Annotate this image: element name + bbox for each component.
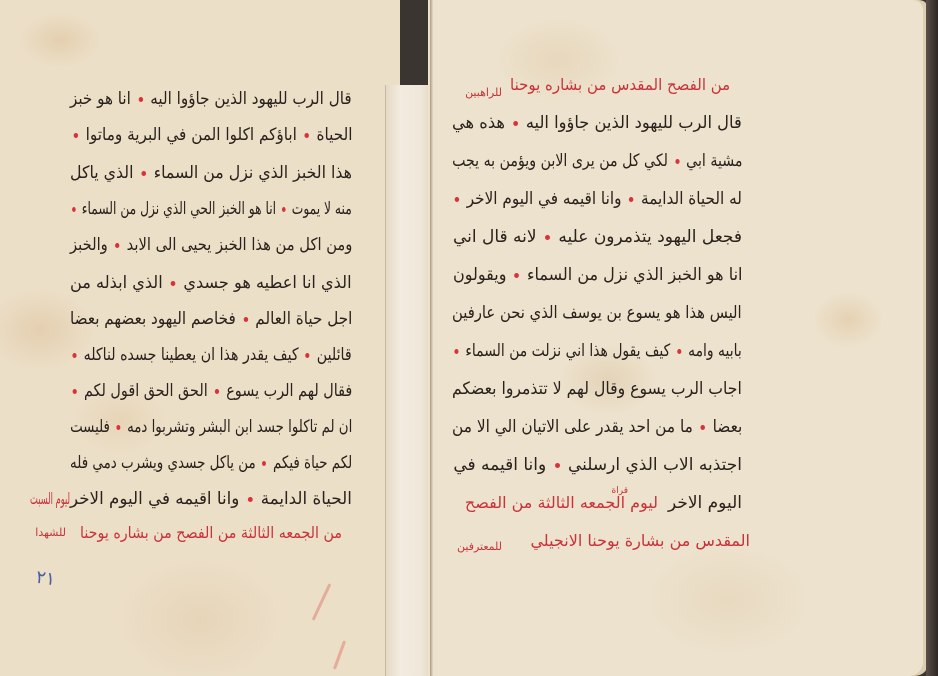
text-line: له الحياة الدايمة وانا اقيمه في اليوم ال…: [452, 188, 742, 210]
text-line: قال الرب لليهود الذين جاؤوا اليه انا هو …: [70, 88, 352, 110]
right-text-block: قال الرب لليهود الذين جاؤوا اليه هذه هي …: [452, 112, 742, 512]
verse-dot: [675, 159, 679, 164]
verse-dot: [545, 235, 550, 240]
left-text-block: قال الرب لليهود الذين جاؤوا اليه انا هو …: [70, 88, 352, 568]
rubric-margin-note: للشهدا: [35, 522, 66, 544]
text-line: الذي انا اعطيه هو جسدي الذي ابذله من: [70, 272, 352, 294]
text-line: قائلين كيف يقدر هذا ان يعطينا جسده لناكل…: [70, 344, 352, 366]
text-line: الحياة الدايمة وانا اقيمه في اليوم الاخر: [70, 488, 352, 510]
gutter-repair-strip: [385, 85, 434, 676]
gutter-fold: [430, 0, 433, 676]
verse-dot: [73, 353, 77, 358]
rubric-superscript: قراة: [612, 480, 628, 502]
verse-dot: [115, 243, 119, 248]
verse-dot: [116, 425, 120, 430]
right-inline-rubric-note: قراة: [598, 480, 628, 494]
verse-dot: [455, 197, 459, 202]
right-heading-margin: للراهبين: [438, 82, 502, 102]
verse-dot: [73, 133, 77, 138]
verse-dot: [513, 121, 518, 126]
right-rubric-margin: للمعترفين: [448, 536, 502, 554]
verse-dot: [248, 497, 253, 502]
rubric-margin-note: للراهبين: [465, 82, 502, 104]
text-line: مشية ابي لكي كل من يرى الابن ويؤمن به يج…: [452, 150, 742, 172]
left-inline-rubric: ليوم السبت: [30, 488, 70, 512]
folio-number: ٢١: [35, 567, 57, 590]
rubric-text: ليوم الجمعه الثالثة من الفصح: [465, 492, 658, 514]
verse-dot: [72, 207, 76, 212]
verse-dot: [72, 389, 76, 394]
text-line: اجتذبه الاب الذي ارسلني وانا اقيمه في: [453, 454, 742, 476]
text-line: انا هو الخبز الذي نزل من السماء ويقولون: [452, 264, 742, 286]
text-line: فقال لهم الرب يسوع الحق الحق اقول لكم: [70, 380, 352, 402]
text-line: فجعل اليهود يتذمرون عليه لانه قال اني: [453, 226, 742, 248]
text-line: اجل حياة العالم فخاصم اليهود بعضهم بعضا: [70, 308, 352, 330]
verse-dot: [282, 207, 286, 212]
text-line: اليس هذا هو يسوع بن يوسف الذي نحن عارفين: [452, 302, 742, 324]
text-line: اجاب الرب يسوع وقال لهم لا تتذمروا بعضكم: [452, 378, 742, 400]
text-line: الحياة اباؤكم اكلوا المن في البرية وماتو…: [70, 124, 352, 146]
verse-dot: [455, 349, 459, 354]
verse-dot: [555, 463, 560, 468]
right-page: من الفصح المقدس من بشاره يوحنا للراهبين …: [428, 0, 923, 676]
verse-dot: [139, 97, 143, 102]
verse-dot: [629, 197, 633, 202]
text-line: اليوم الاخر: [668, 492, 742, 514]
text-line: منه لا يموت انا هو الخبز الحي الذي نزل م…: [70, 198, 352, 220]
verse-dot: [215, 389, 219, 394]
rubric-text: ليوم السبت: [30, 488, 70, 510]
verse-dot: [306, 353, 310, 358]
verse-dot: [304, 133, 308, 138]
right-heading: من الفصح المقدس من بشاره يوحنا: [510, 74, 730, 100]
rubric-text: المقدس من بشارة يوحنا الانجيلي: [530, 530, 750, 552]
text-line: قال الرب لليهود الذين جاؤوا اليه هذه هي: [452, 112, 742, 134]
book-binding: [926, 0, 938, 676]
verse-dot: [171, 281, 176, 286]
left-rubric-line: من الجمعه الثالثة من الفصح من بشاره يوحن…: [80, 522, 342, 550]
verse-dot: [514, 273, 519, 278]
left-page: قال الرب لليهود الذين جاؤوا اليه انا هو …: [0, 0, 400, 676]
manuscript-spread: قال الرب لليهود الذين جاؤوا اليه انا هو …: [0, 0, 938, 676]
verse-dot: [243, 317, 247, 322]
verse-dot: [700, 425, 705, 430]
text-line: ان لم تاكلوا جسد ابن البشر وتشربوا دمه ف…: [70, 416, 352, 438]
rubric-text: من الجمعه الثالثة من الفصح من بشاره يوحن…: [80, 522, 342, 544]
text-line: لكم حياة فيكم من ياكل جسدي ويشرب دمي فله: [70, 452, 352, 474]
rubric-margin-note: للمعترفين: [457, 536, 502, 558]
text-line: بابيه وامه كيف يقول هذا اني نزلت من السم…: [452, 340, 742, 362]
rubric-heading: من الفصح المقدس من بشاره يوحنا: [510, 74, 730, 96]
verse-dot: [262, 461, 266, 466]
verse-dot: [141, 171, 146, 176]
left-rubric-margin: للشهدا: [20, 522, 66, 542]
red-pencil-mark: [333, 640, 346, 669]
text-line: ومن اكل من هذا الخبز يحيى الى الابد والخ…: [70, 234, 352, 256]
right-inline-rubric: ليوم الجمعه الثالثة من الفصح: [458, 492, 658, 518]
red-pencil-mark: [312, 583, 332, 621]
text-line: بعضا ما من احد يقدر على الاتيان الي الا …: [452, 416, 742, 438]
verse-dot: [677, 349, 681, 354]
right-rubric-line: المقدس من بشارة يوحنا الانجيلي: [506, 530, 750, 556]
text-line: هذا الخبز الذي نزل من السماء الذي ياكل: [70, 162, 352, 184]
